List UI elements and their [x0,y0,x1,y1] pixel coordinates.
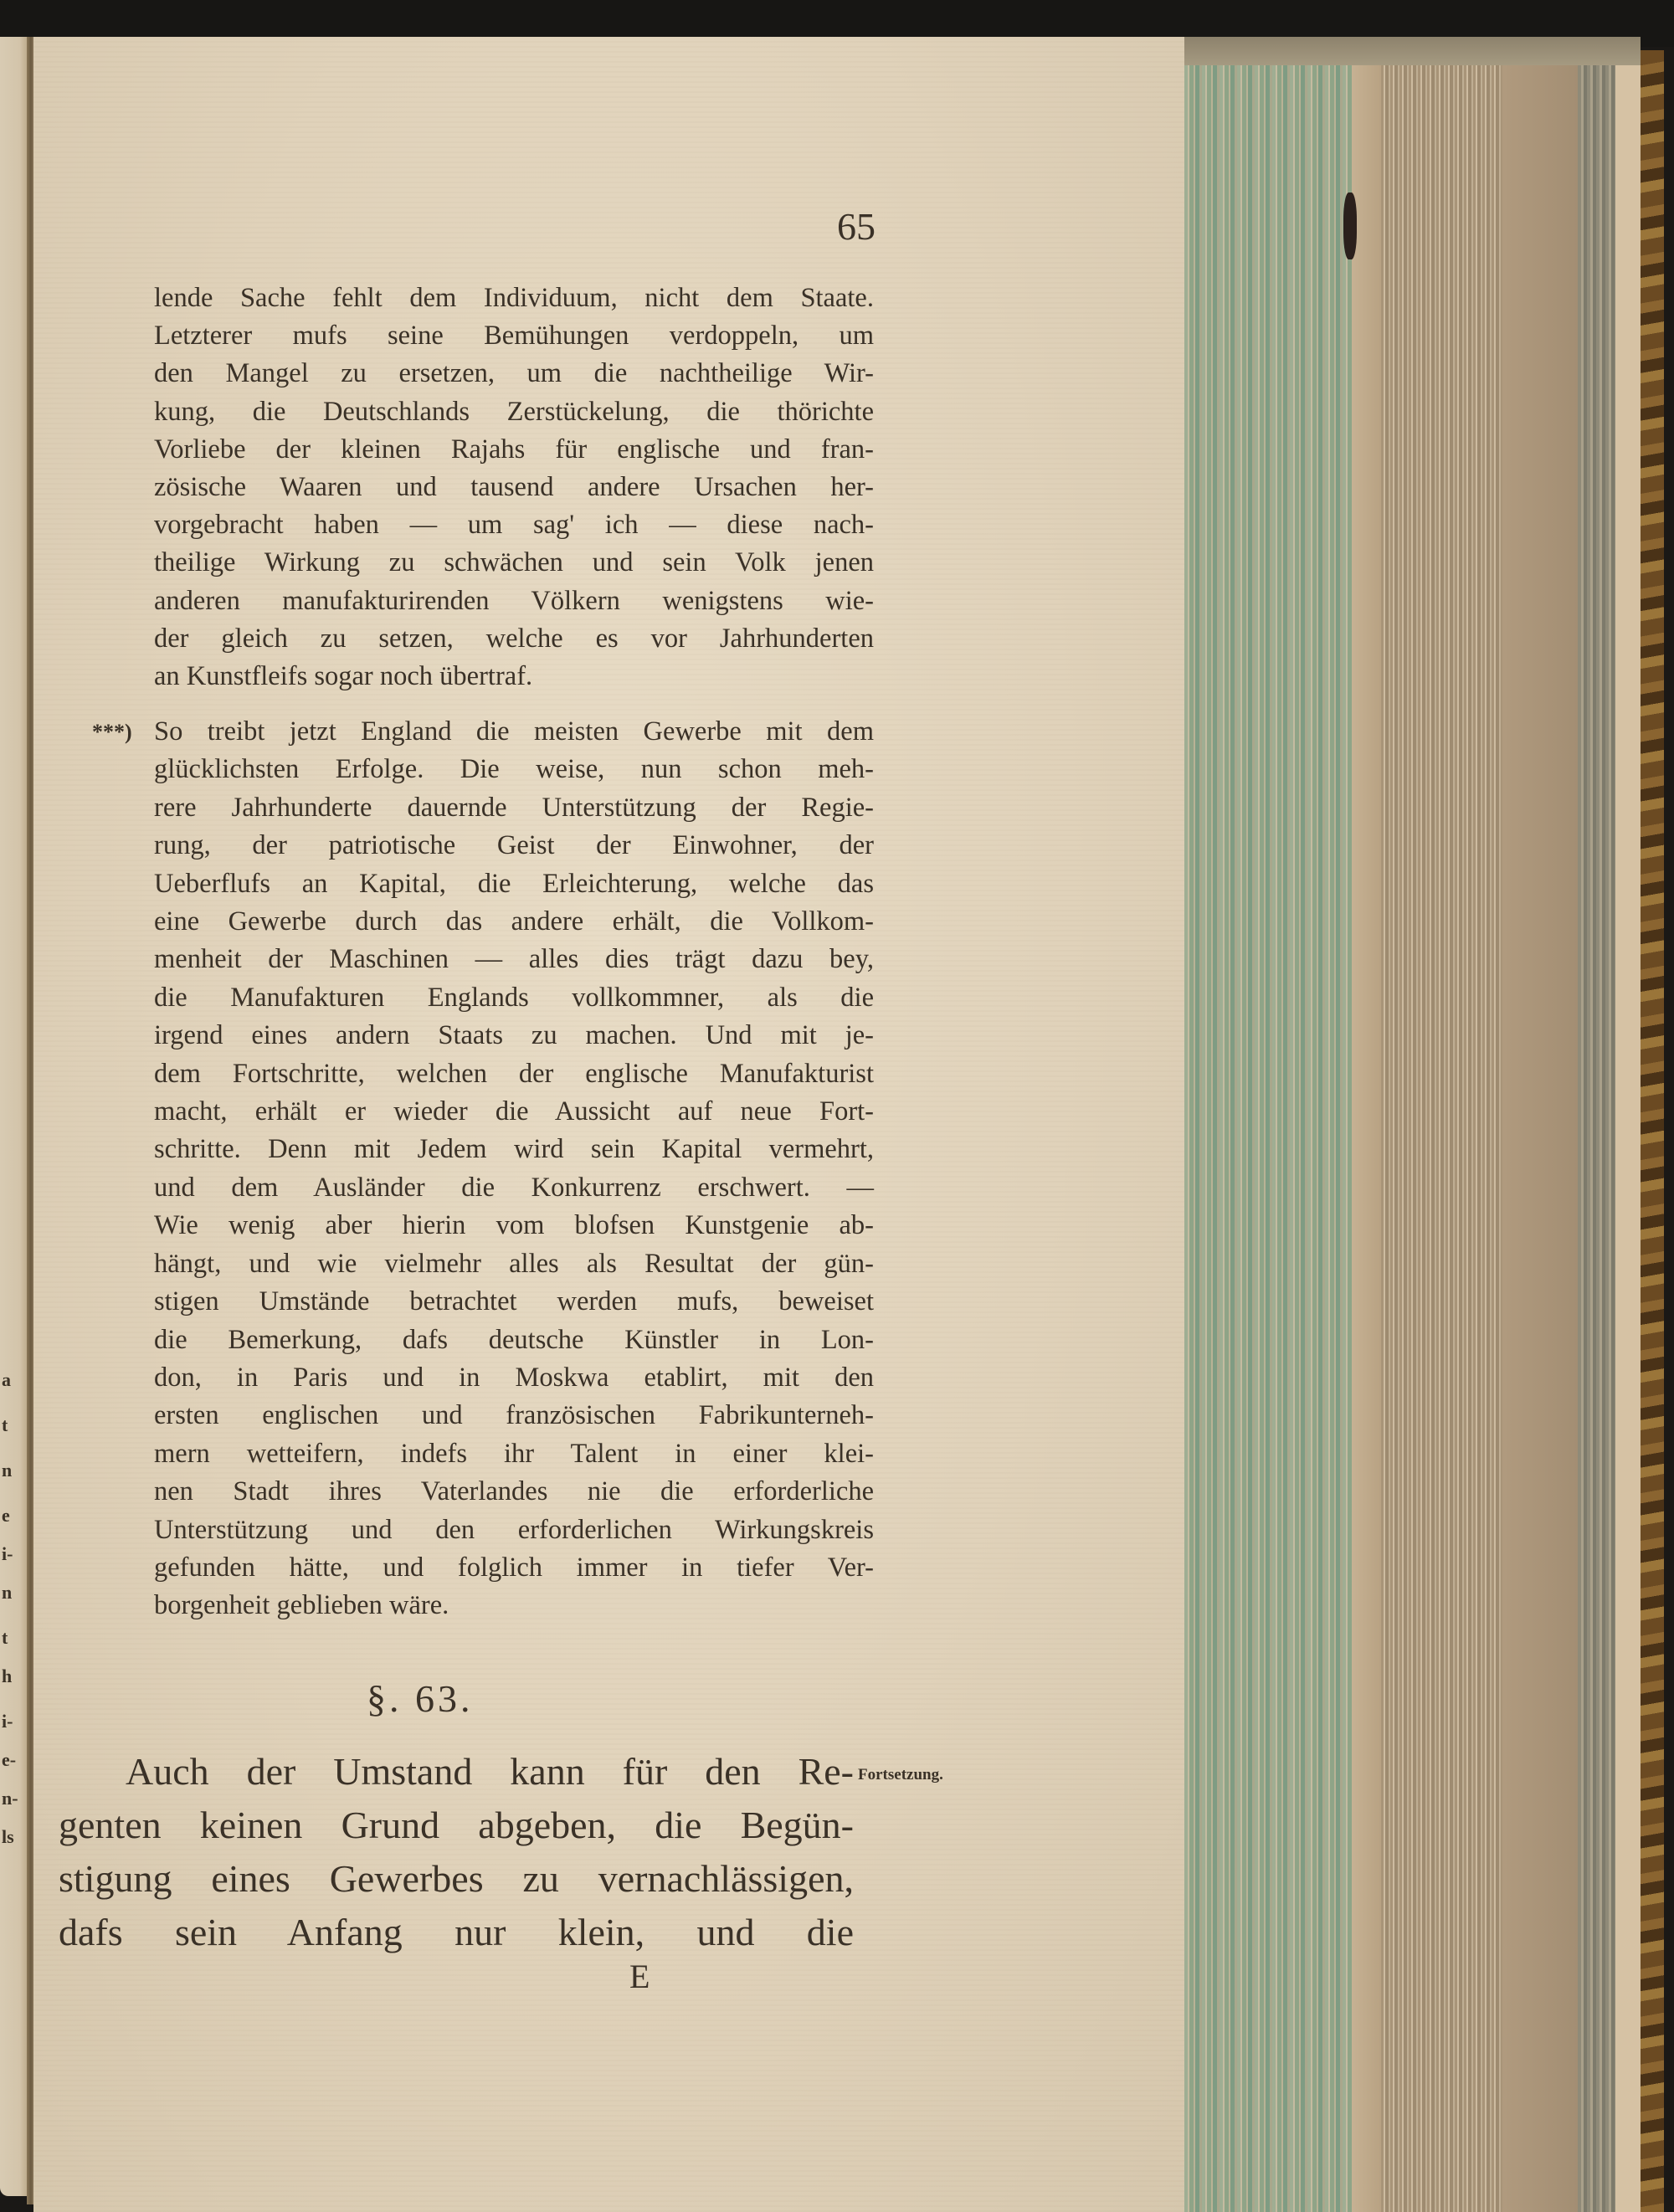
footnote-line: eine Gewerbe durch das andere erhält, di… [154,903,874,941]
footnote-line: Ueberflufs an Kapital, die Erleichterung… [154,865,874,903]
footnote: So treibt jetzt England die meisten Gewe… [154,713,874,1625]
footnote-line: hängt, und wie vielmehr alles als Result… [154,1245,874,1283]
text-line: Vorliebe der kleinen Rajahs für englisch… [154,431,874,469]
footnote-line: menheit der Maschinen — alles dies trägt… [154,941,874,978]
margin-note: Fortsetzung. [858,1766,943,1784]
footnote-line: glücklichsten Erfolge. Die weise, nun sc… [154,751,874,788]
facing-page-fragment: n [2,1460,12,1481]
footnote-line: stigen Umstände betrachtet werden mufs, … [154,1283,874,1321]
striped-page-edges [1381,37,1502,2212]
text-line: theilige Wirkung zu schwächen und sein V… [154,544,874,582]
facing-page-fragment: ls [2,1826,14,1848]
green-page-edges [1184,37,1352,2212]
footnote-line: Wie wenig aber hierin vom blofsen Kunstg… [154,1207,874,1245]
facing-page-fragment: h [2,1665,12,1687]
footnote-line: macht, erhält er wieder die Aussicht auf… [154,1093,874,1131]
page-number: 65 [837,204,876,249]
section-line: stigung eines Gewerbes zu vernachlässige… [59,1852,854,1906]
section-heading: §. 63. [367,1676,474,1721]
footnote-line: mern wetteifern, indefs ihr Talent in ei… [154,1435,874,1473]
footnote-line: nen Stadt ihres Vaterlandes nie die erfo… [154,1473,874,1511]
footnote-line: dem Fortschritte, welchen der englische … [154,1055,874,1093]
facing-page-fragment: i- [2,1543,13,1565]
section-line: Auch der Umstand kann für den Re- [59,1745,854,1799]
footnote-line: die Manufakturen Englands vollkommner, a… [154,979,874,1017]
section-text: Auch der Umstand kann für den Re- genten… [59,1745,862,1959]
facing-page-fragment: n [2,1582,12,1604]
footnote-marker: ***) [92,713,132,751]
text-line: lende Sache fehlt dem Individuum, nicht … [154,280,874,317]
text-line: vorgebracht haben — um sag' ich — diese … [154,506,874,544]
facing-page-fragment: e [2,1505,10,1527]
facing-page-fragment: n- [2,1788,18,1809]
footnote-line: So treibt jetzt England die meisten Gewe… [154,713,874,751]
grey-page-edges [1578,37,1615,2212]
text-line: kung, die Deutschlands Zerstückelung, di… [154,393,874,431]
facing-page-fragment: t [2,1414,8,1436]
tan-page-edges [1502,37,1578,2212]
facing-page-fragment: e- [2,1749,16,1771]
book-top-edge [1184,37,1641,65]
marbled-cover [1641,50,1664,2212]
text-line: anderen manufakturirenden Völkern wenigs… [154,583,874,620]
footnote-line: und dem Ausländer die Konkurrenz erschwe… [154,1169,874,1207]
endpaper-edge [1615,37,1641,2212]
main-text: lende Sache fehlt dem Individuum, nicht … [154,280,874,695]
damage-spot [1343,192,1357,259]
section-line: genten keinen Grund abgeben, die Begün- [59,1799,854,1852]
footnote-line: rere Jahrhunderte dauernde Unterstützung… [154,789,874,827]
text-line: an Kunstfleifs sogar noch übertraf. [154,658,874,695]
facing-page-fragment: t [2,1627,8,1649]
facing-page-fragment: a [2,1369,11,1391]
footnote-line: rung, der patriotische Geist der Einwohn… [154,827,874,865]
footnote-line: ersten englischen und französischen Fabr… [154,1397,874,1434]
section-line: dafs sein Anfang nur klein, und die [59,1906,854,1959]
facing-page-edge: a t n e i- n t h i- e- n- ls [0,37,28,2196]
footnote-line: Unterstützung und den erforderlichen Wir… [154,1511,874,1549]
book-fore-edge [1184,37,1641,2212]
footnote-line: borgenheit geblieben wäre. [154,1587,874,1624]
text-line: zösische Waaren und tausend andere Ursac… [154,469,874,506]
footnote-line: gefunden hätte, und folglich immer in ti… [154,1549,874,1587]
footnote-line: don, in Paris und in Moskwa etablirt, mi… [154,1359,874,1397]
text-line: Letzterer mufs seine Bemühungen verdoppe… [154,317,874,355]
text-line: den Mangel zu ersetzen, um die nachtheil… [154,355,874,393]
facing-page-fragment: i- [2,1711,13,1732]
footnote-line: schritte. Denn mit Jedem wird sein Kapit… [154,1131,874,1168]
signature-mark: E [629,1957,650,1996]
footnote-line: irgend eines andern Staats zu machen. Un… [154,1017,874,1055]
footnote-line: die Bemerkung, dafs deutsche Künstler in… [154,1322,874,1359]
text-line: der gleich zu setzen, welche es vor Jahr… [154,620,874,658]
tan-page-edges [1352,37,1381,2212]
